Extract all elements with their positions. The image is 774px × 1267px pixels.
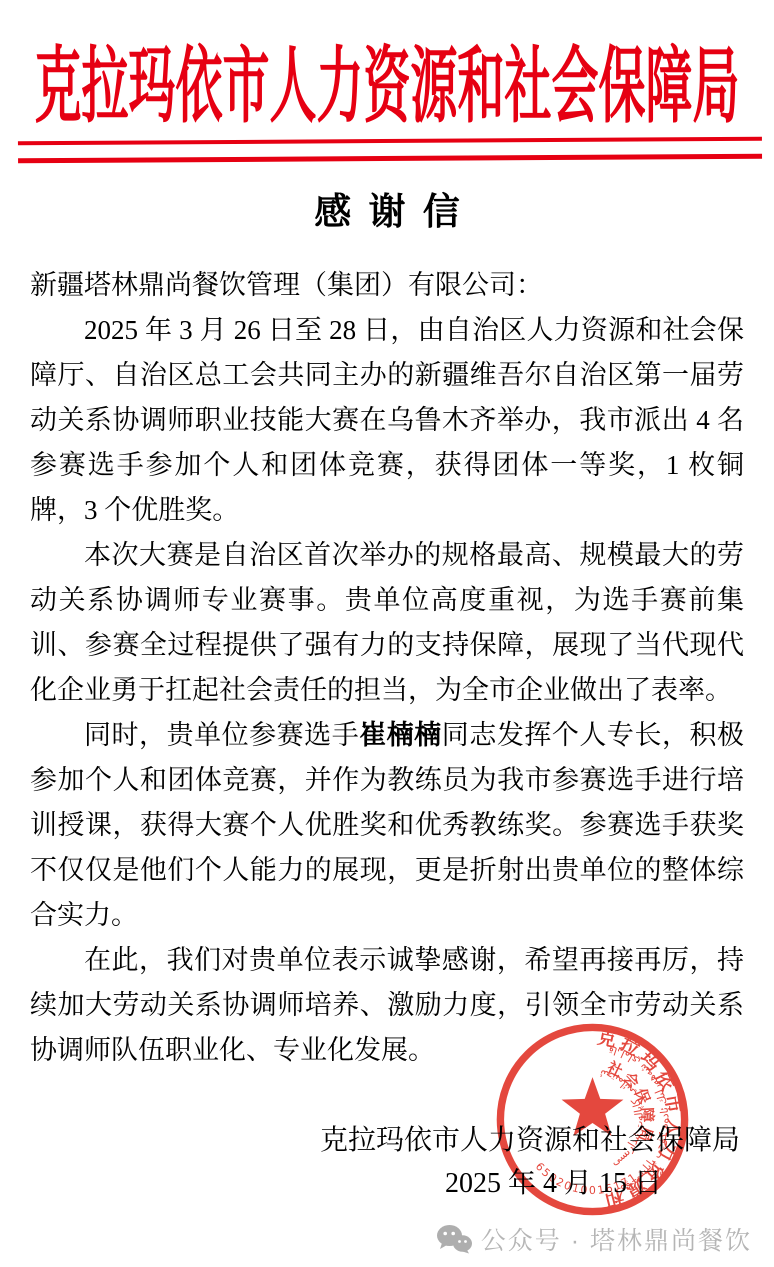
body-paragraph-1: 2025 年 3 月 26 日至 28 日，由自治区人力资源和社会保障厅、自治区… xyxy=(30,308,744,533)
official-seal: 克拉玛依市人力资源和 社会保障局 قاراماي شەھەرلىك ئادەم … xyxy=(491,1021,694,1218)
paragraph-3-text-before: 同时，贵单位参赛选手 xyxy=(84,720,359,750)
awardee-name: 崔楠楠 xyxy=(359,720,442,750)
footer-watermark: 公众号 · 塔林鼎尚餐饮 xyxy=(436,1222,752,1256)
letter-title: 感 谢 信 xyxy=(0,181,774,235)
watermark-text: 公众号 · 塔林鼎尚餐饮 xyxy=(481,1221,752,1257)
salutation: 新疆塔林鼎尚餐饮管理（集团）有限公司： xyxy=(30,263,744,308)
letter-page: 克拉玛依市人力资源和社会保障局 感 谢 信 新疆塔林鼎尚餐饮管理（集团）有限公司… xyxy=(0,0,774,1267)
paragraph-3-text-after: 同志发挥个人专长，积极参加个人和团体竞赛，并作为教练员为我市参赛选手进行培训授课… xyxy=(30,720,744,930)
letterhead-divider xyxy=(18,137,762,164)
wechat-icon xyxy=(436,1224,472,1254)
letterhead-org-name: 克拉玛依市人力资源和社会保障局 xyxy=(30,46,744,132)
body-paragraph-3: 同时，贵单位参赛选手崔楠楠同志发挥个人专长，积极参加个人和团体竞赛，并作为教练员… xyxy=(30,713,744,938)
body-paragraph-2: 本次大赛是自治区首次举办的规格最高、规模最大的劳动关系协调师专业赛事。贵单位高度… xyxy=(30,533,744,713)
letter-body: 新疆塔林鼎尚餐饮管理（集团）有限公司： 2025 年 3 月 26 日至 28 … xyxy=(30,263,744,1073)
seal-star-icon xyxy=(562,1077,624,1136)
